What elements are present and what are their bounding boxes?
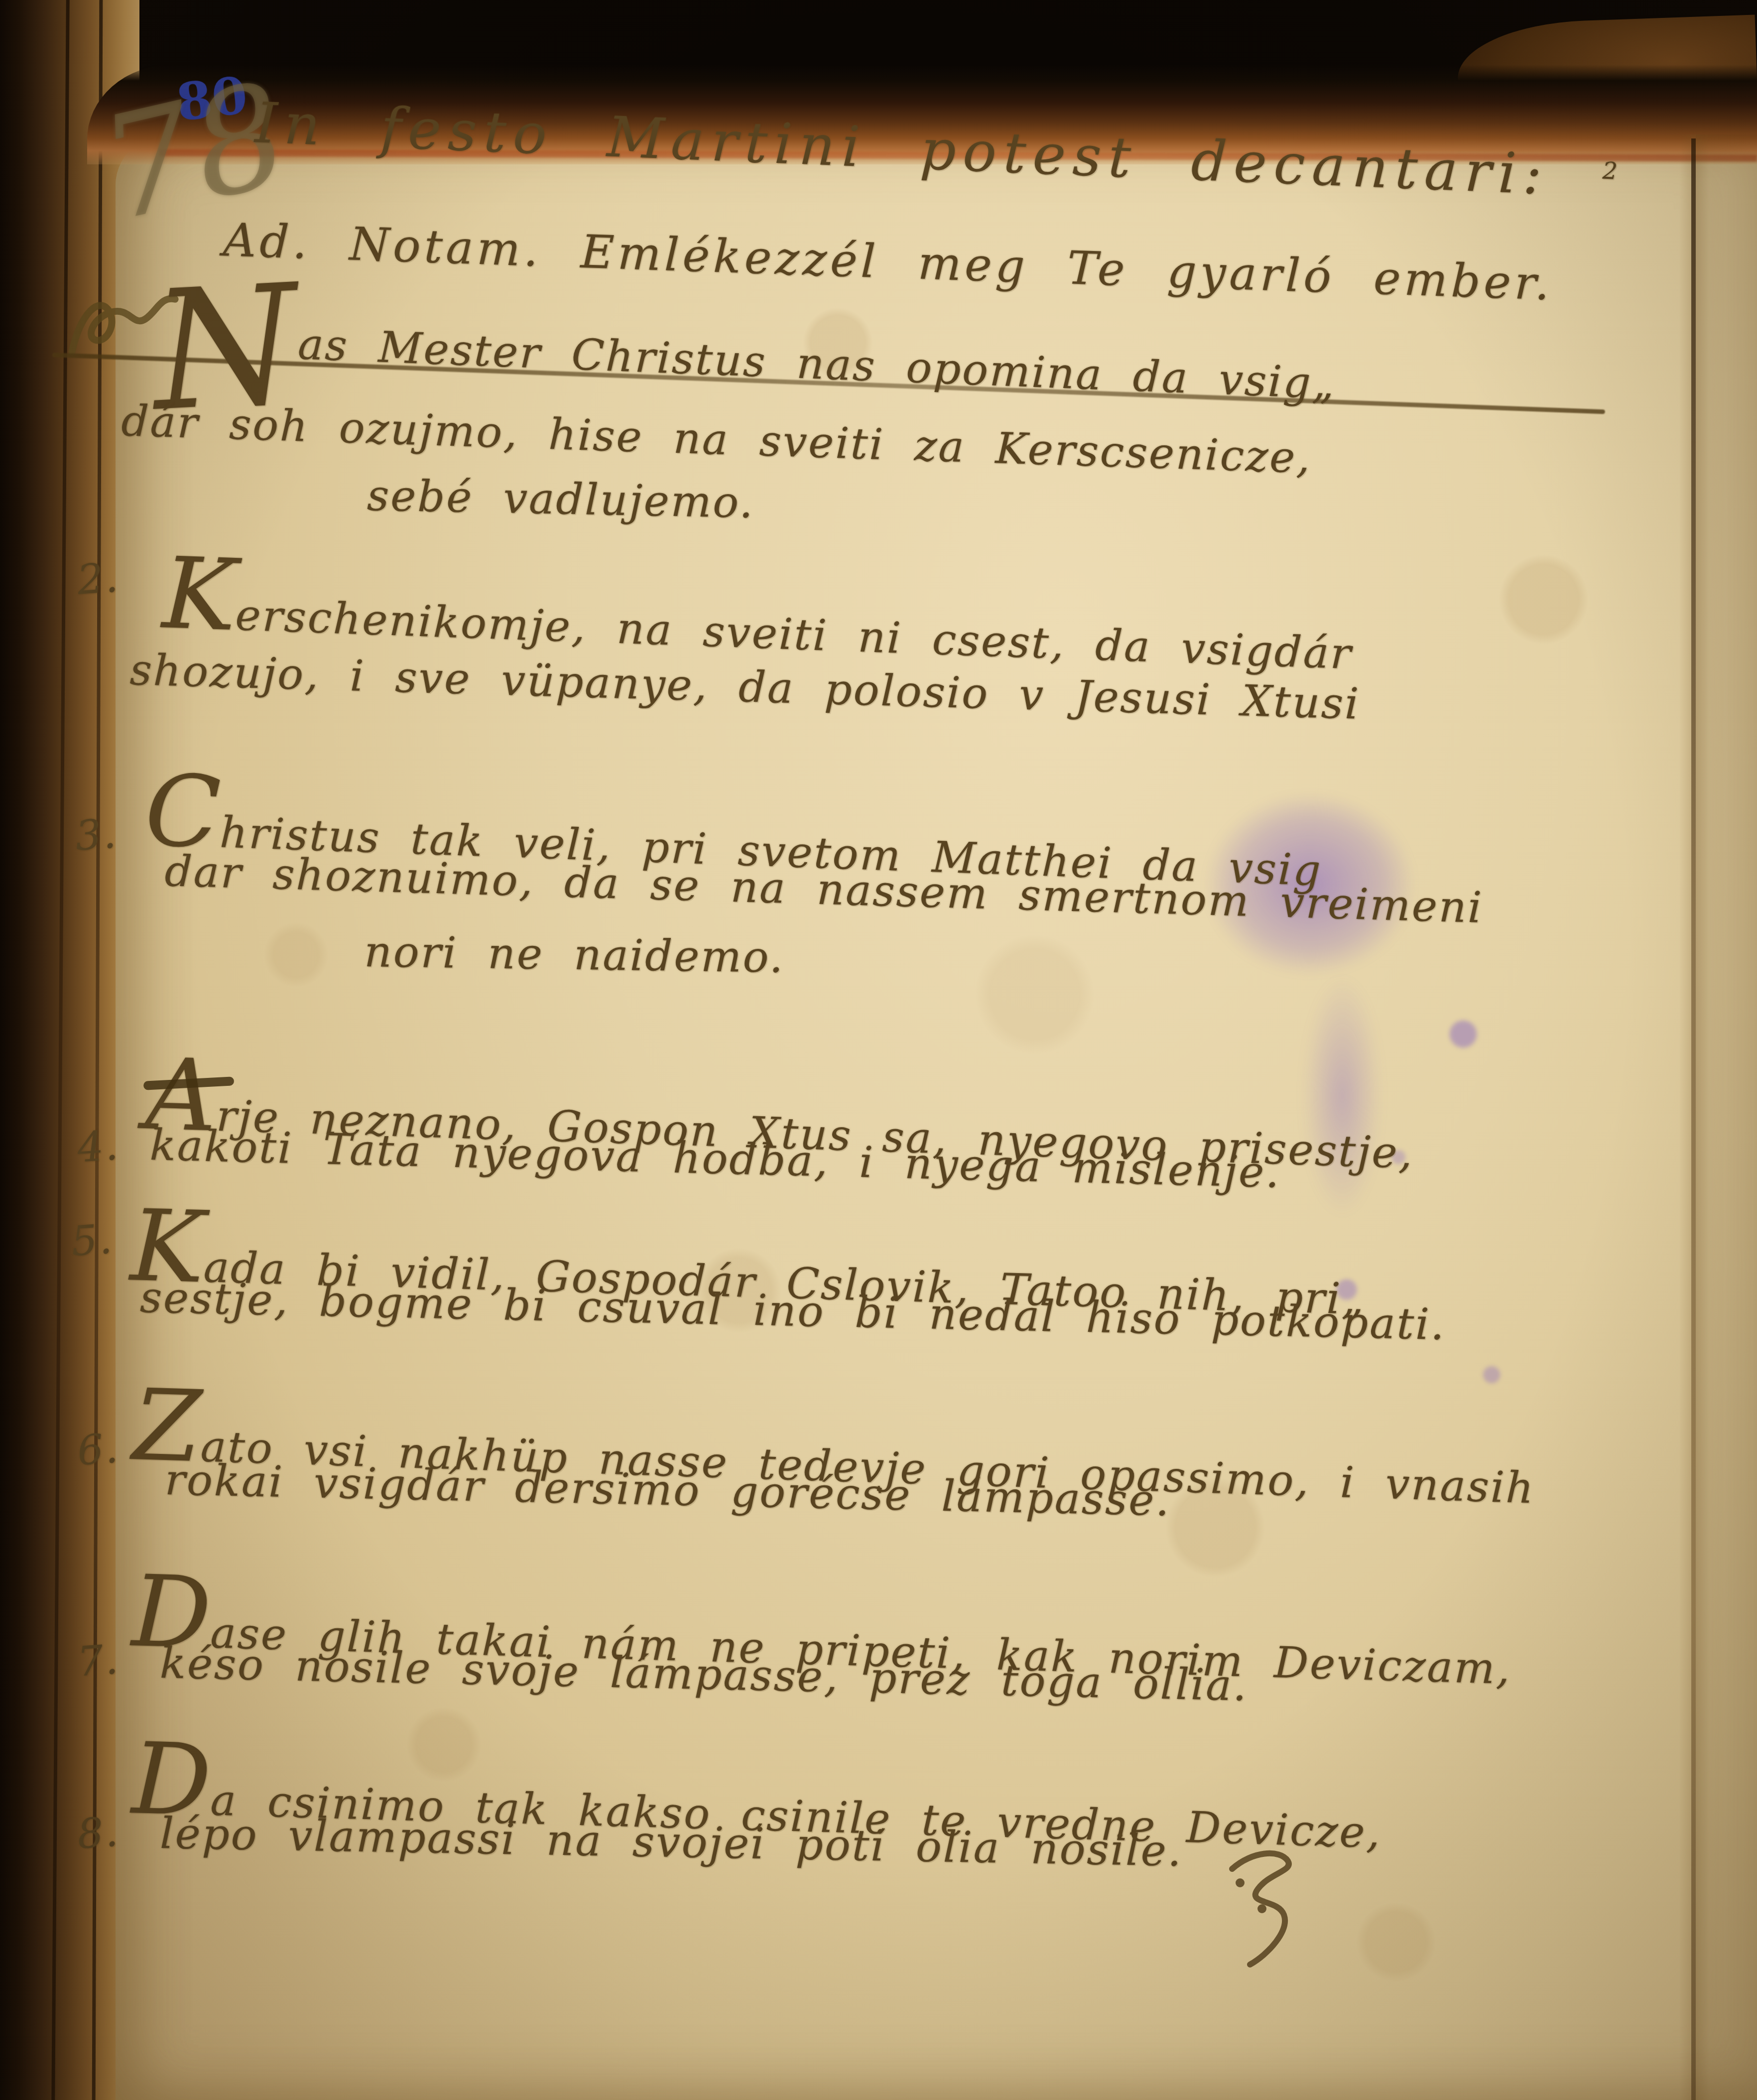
title-flourish-mark: 2 — [1602, 157, 1618, 185]
verse-1-line-3: sebé vadlujemo. — [367, 474, 754, 525]
verse-2-number: 2. — [76, 554, 121, 604]
end-flourish-icon — [1210, 1837, 1310, 1976]
verse-7-number: 7. — [76, 1636, 121, 1686]
verse-5-number: 5. — [70, 1215, 115, 1266]
verse-8-number: 8. — [76, 1808, 121, 1858]
verse-3-number: 3. — [74, 810, 119, 860]
manuscript-scan: 80 78 In festo Martini potest decantari:… — [0, 0, 1757, 2100]
verse-3-line-3: nori ne naidemo. — [364, 930, 785, 979]
verse-6-number: 6. — [76, 1425, 121, 1475]
verse-4-number: 4. — [76, 1122, 121, 1172]
